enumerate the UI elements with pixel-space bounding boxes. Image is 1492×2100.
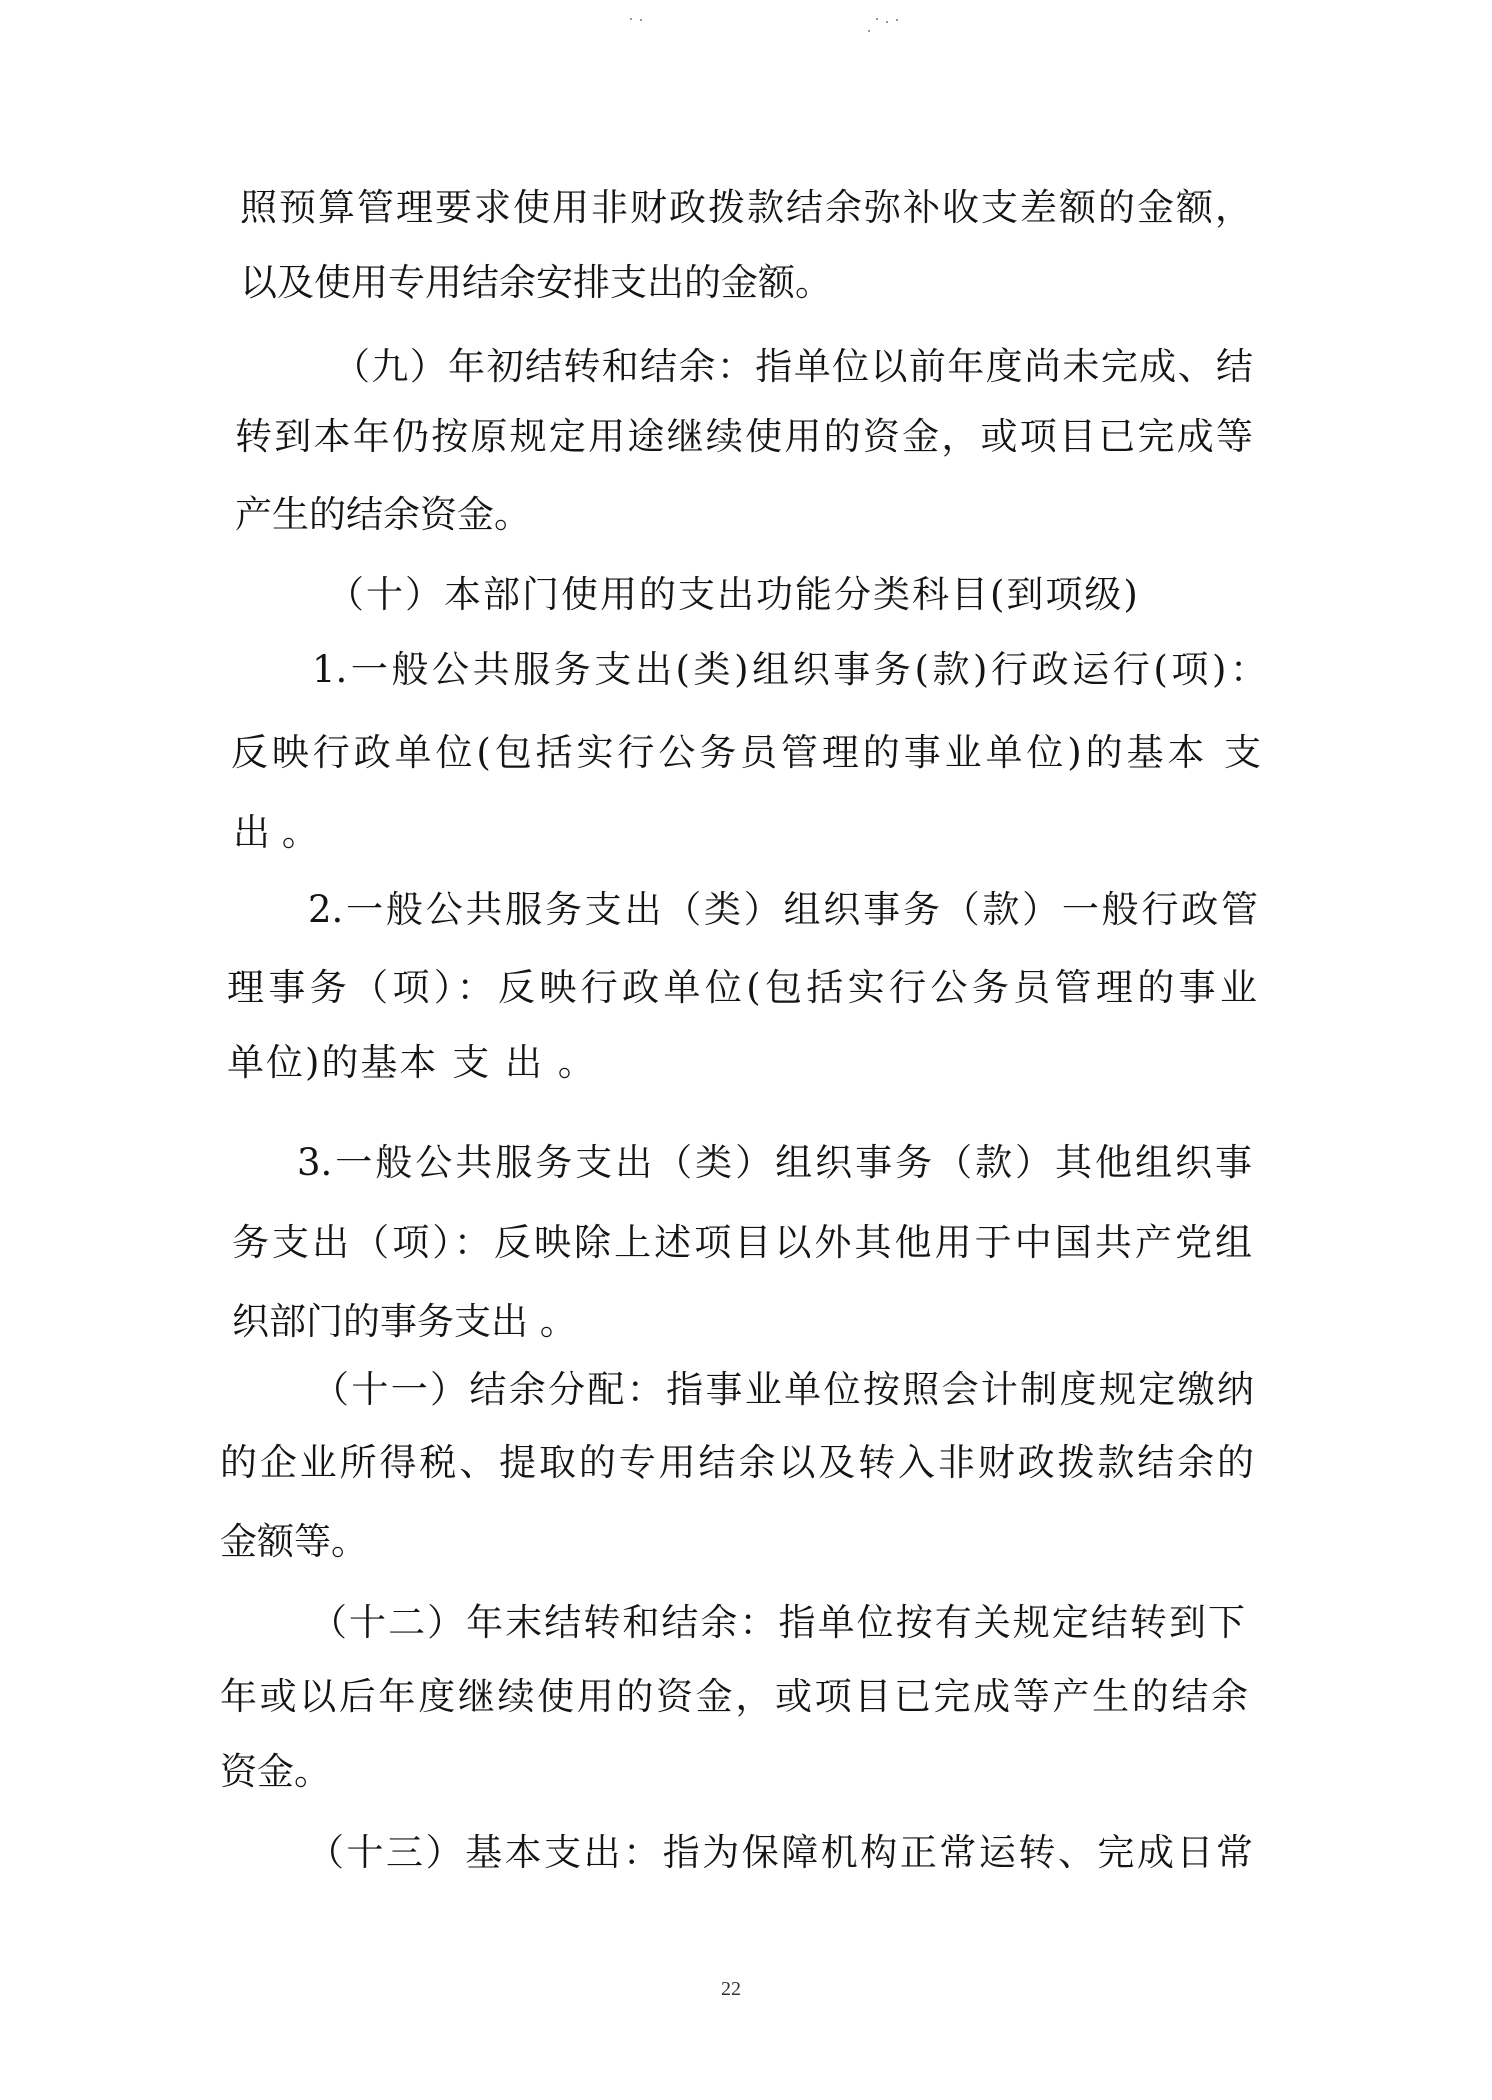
section-10-heading-line: （十）本部门使用的支出功能分类科目(到项级) bbox=[327, 573, 1140, 617]
document-page: 照预算管理要求使用非财政拨款结余弥补收支差额的金额， 以及使用专用结余安排支出的… bbox=[0, 0, 1492, 2100]
page-number: 22 bbox=[716, 1976, 746, 2002]
section-13-heading-line: （十三）基本支出：指为保障机构正常运转、完成日常 bbox=[307, 1831, 1253, 1875]
scan-noise-mark bbox=[886, 21, 888, 23]
scan-noise-mark bbox=[640, 19, 642, 21]
item-3-line: 3.一般公共服务支出（类）组织事务（款）其他组织事 bbox=[297, 1141, 1252, 1185]
paragraph-line: 单位)的基本 支 出 。 bbox=[227, 1041, 597, 1085]
paragraph-line: 转到本年仍按原规定用途继续使用的资金，或项目已完成等 bbox=[235, 415, 1253, 459]
paragraph-line: 以及使用专用结余安排支出的金额。 bbox=[240, 261, 832, 305]
paragraph-line: 金额等。 bbox=[220, 1520, 368, 1564]
scan-noise-mark bbox=[896, 19, 898, 21]
item-1-line: 1.一般公共服务支出(类)组织事务(款)行政运行(项)： bbox=[312, 648, 1267, 692]
scan-noise-mark bbox=[630, 18, 632, 20]
paragraph-line: 出 。 bbox=[233, 811, 319, 855]
paragraph-line: 年或以后年度继续使用的资金，或项目已完成等产生的结余 bbox=[220, 1675, 1248, 1719]
paragraph-line: 织部门的事务支出 。 bbox=[232, 1300, 577, 1344]
paragraph-line: 理事务（项）：反映行政单位(包括实行公务员管理的事业 bbox=[227, 966, 1257, 1010]
item-2-line: 2.一般公共服务支出（类）组织事务（款）一般行政管 bbox=[308, 888, 1258, 932]
scan-noise-mark bbox=[868, 30, 870, 32]
paragraph-line: 资金。 bbox=[220, 1750, 331, 1794]
scan-noise-mark bbox=[876, 18, 878, 20]
section-11-heading-line: （十一）结余分配：指事业单位按照会计制度规定缴纳 bbox=[312, 1368, 1254, 1412]
paragraph-line: 反映行政单位(包括实行公务员管理的事业单位)的基本 支 bbox=[231, 731, 1261, 775]
section-12-heading-line: （十二）年末结转和结余：指单位按有关规定结转到下 bbox=[310, 1601, 1245, 1645]
section-9-heading-line: （九）年初结转和结余：指单位以前年度尚未完成、结 bbox=[333, 345, 1253, 389]
paragraph-line: 产生的结余资金。 bbox=[235, 493, 531, 537]
paragraph-line: 照预算管理要求使用非财政拨款结余弥补收支差额的金额， bbox=[240, 186, 1252, 230]
paragraph-line: 的企业所得税、提取的专用结余以及转入非财政拨款结余的 bbox=[220, 1441, 1254, 1485]
paragraph-line: 务支出（项）：反映除上述项目以外其他用于中国共产党组 bbox=[232, 1221, 1252, 1265]
